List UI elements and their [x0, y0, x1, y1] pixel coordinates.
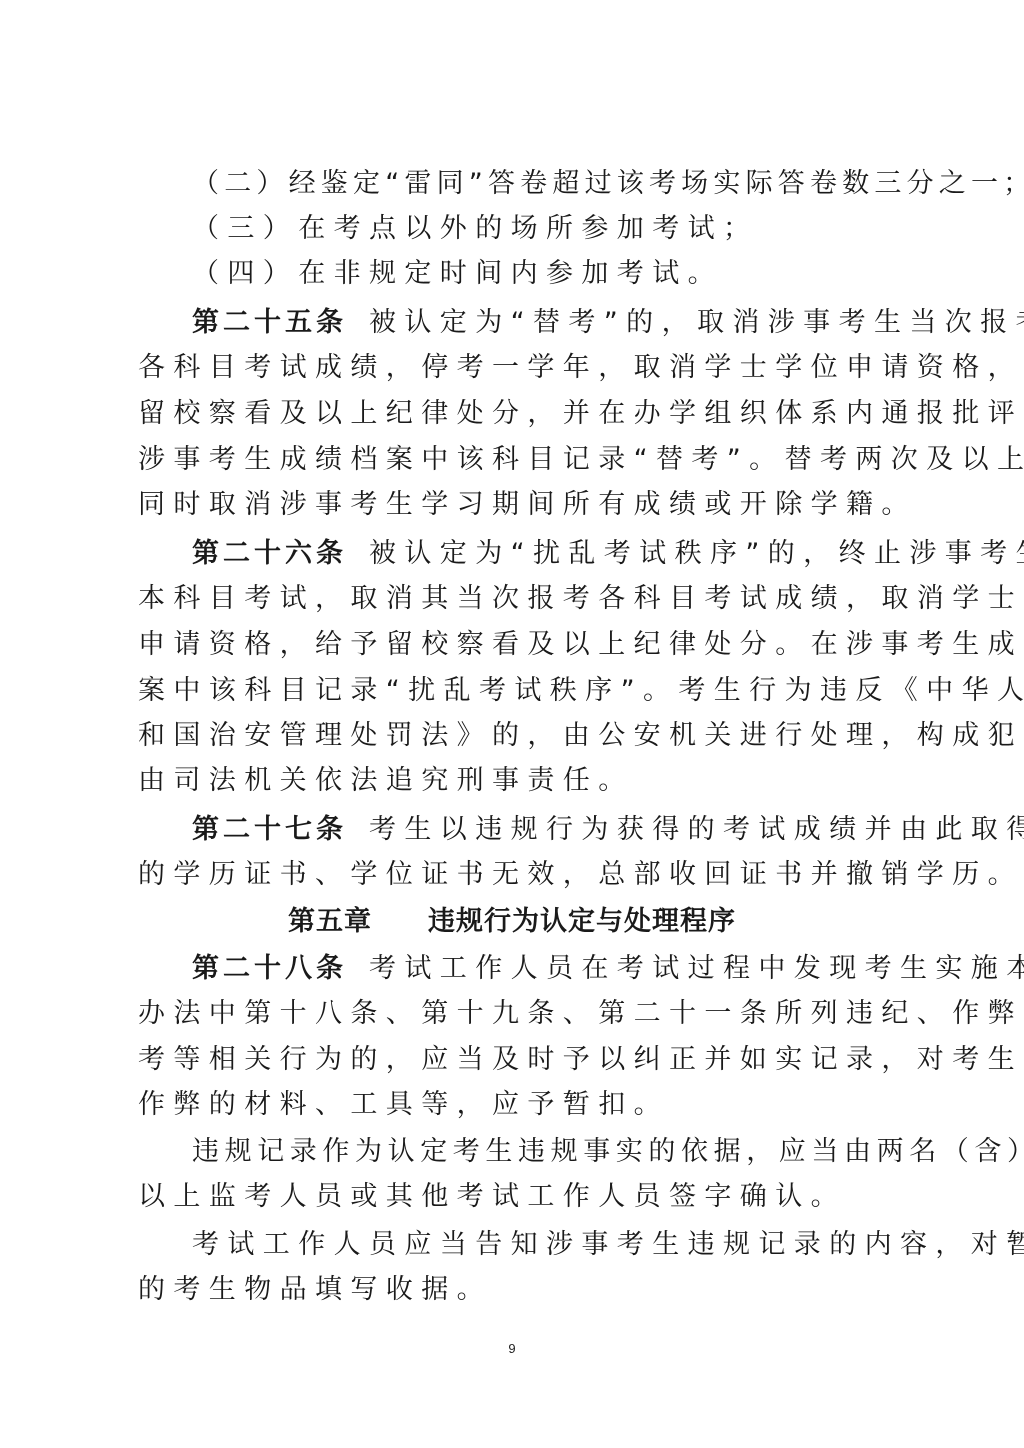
article-28-text: 考试工作人员在考试过程中发现考生实施本: [369, 953, 1024, 984]
article-26-text: 被认定为“扰乱考试秩序”的，终止涉事考生: [369, 538, 1024, 569]
article-27-first-line: 第二十七条考生以违规行为获得的考试成绩并由此取得: [192, 807, 888, 852]
record-paragraph-line: 违规记录作为认定考生违规事实的依据，应当由两名（含）: [192, 1129, 888, 1174]
article-28-line: 考等相关行为的，应当及时予以纠正并如实记录，对考生用于: [138, 1037, 888, 1082]
article-27-text: 考生以违规行为获得的考试成绩并由此取得: [369, 814, 1024, 845]
article-28-heading: 第二十八条: [192, 953, 347, 984]
article-26-line: 案中该科目记录“扰乱考试秩序”。考生行为违反《中华人民共: [138, 668, 888, 713]
record-paragraph-line: 以上监考人员或其他考试工作人员签字确认。: [138, 1174, 888, 1219]
article-27-line: 的学历证书、学位证书无效，总部收回证书并撤销学历。: [138, 852, 888, 897]
article-25-line: 留校察看及以上纪律处分，并在办学组织体系内通报批评。在: [138, 391, 888, 436]
article-26-line: 和国治安管理处罚法》的，由公安机关进行处理，构成犯罪的，: [138, 713, 888, 758]
article-25-heading: 第二十五条: [192, 307, 347, 338]
article-25-line: 各科目考试成绩，停考一学年，取消学士学位申请资格，给予: [138, 345, 888, 390]
article-26-line: 由司法机关依法追究刑事责任。: [138, 758, 888, 803]
article-28-line: 作弊的材料、工具等，应予暂扣。: [138, 1082, 888, 1127]
notify-paragraph-line: 的考生物品填写收据。: [138, 1267, 888, 1312]
list-item-3: （三）在考点以外的场所参加考试；: [192, 206, 888, 251]
article-28-line: 办法中第十八条、第十九条、第二十一条所列违纪、作弊、替: [138, 991, 888, 1036]
article-26-line: 本科目考试，取消其当次报考各科目考试成绩，取消学士学位: [138, 576, 888, 621]
article-26-line: 申请资格，给予留校察看及以上纪律处分。在涉事考生成绩档: [138, 622, 888, 667]
notify-paragraph-line: 考试工作人员应当告知涉事考生违规记录的内容，对暂扣: [192, 1222, 888, 1267]
list-item-4: （四）在非规定时间内参加考试。: [192, 251, 888, 296]
article-26-heading: 第二十六条: [192, 538, 347, 569]
article-25-line: 涉事考生成绩档案中该科目记录“替考”。替考两次及以上的，: [138, 437, 888, 482]
page-number: 9: [0, 1341, 1024, 1356]
article-27-heading: 第二十七条: [192, 814, 347, 845]
article-26-first-line: 第二十六条被认定为“扰乱考试秩序”的，终止涉事考生: [192, 531, 888, 576]
chapter-heading: 第五章 违规行为认定与处理程序: [0, 899, 1024, 944]
list-item-2: （二）经鉴定“雷同”答卷超过该考场实际答卷数三分之一；: [192, 161, 888, 206]
document-page: （二）经鉴定“雷同”答卷超过该考场实际答卷数三分之一； （三）在考点以外的场所参…: [0, 0, 1024, 1448]
article-25-first-line: 第二十五条被认定为“替考”的，取消涉事考生当次报考: [192, 300, 888, 345]
article-28-first-line: 第二十八条考试工作人员在考试过程中发现考生实施本: [192, 946, 888, 991]
article-25-line: 同时取消涉事考生学习期间所有成绩或开除学籍。: [138, 482, 888, 527]
article-25-text: 被认定为“替考”的，取消涉事考生当次报考: [369, 307, 1024, 338]
